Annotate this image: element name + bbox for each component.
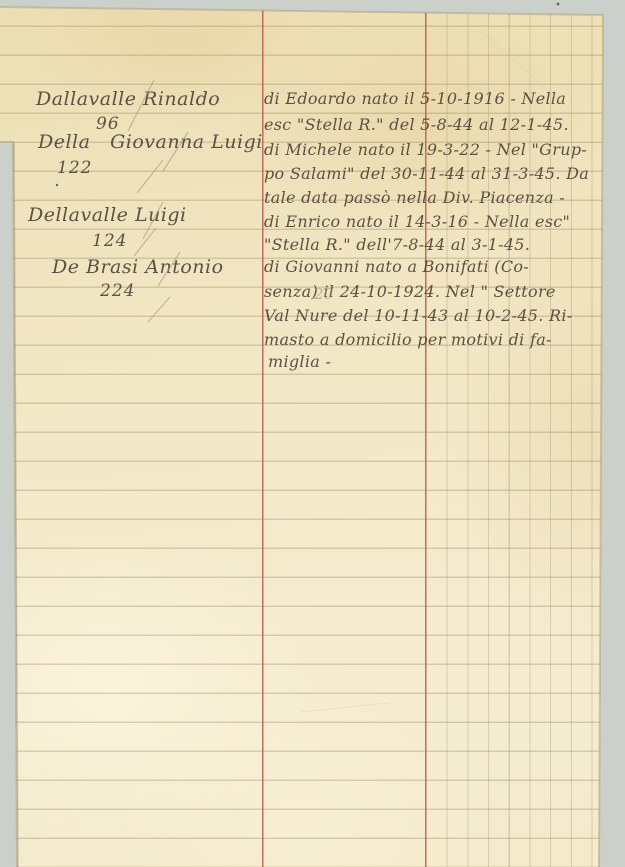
paper-sheet — [0, 0, 625, 867]
scanned-ledger-page: Dallavalle Rinaldo 96 Della Giovanna Lui… — [0, 0, 625, 867]
